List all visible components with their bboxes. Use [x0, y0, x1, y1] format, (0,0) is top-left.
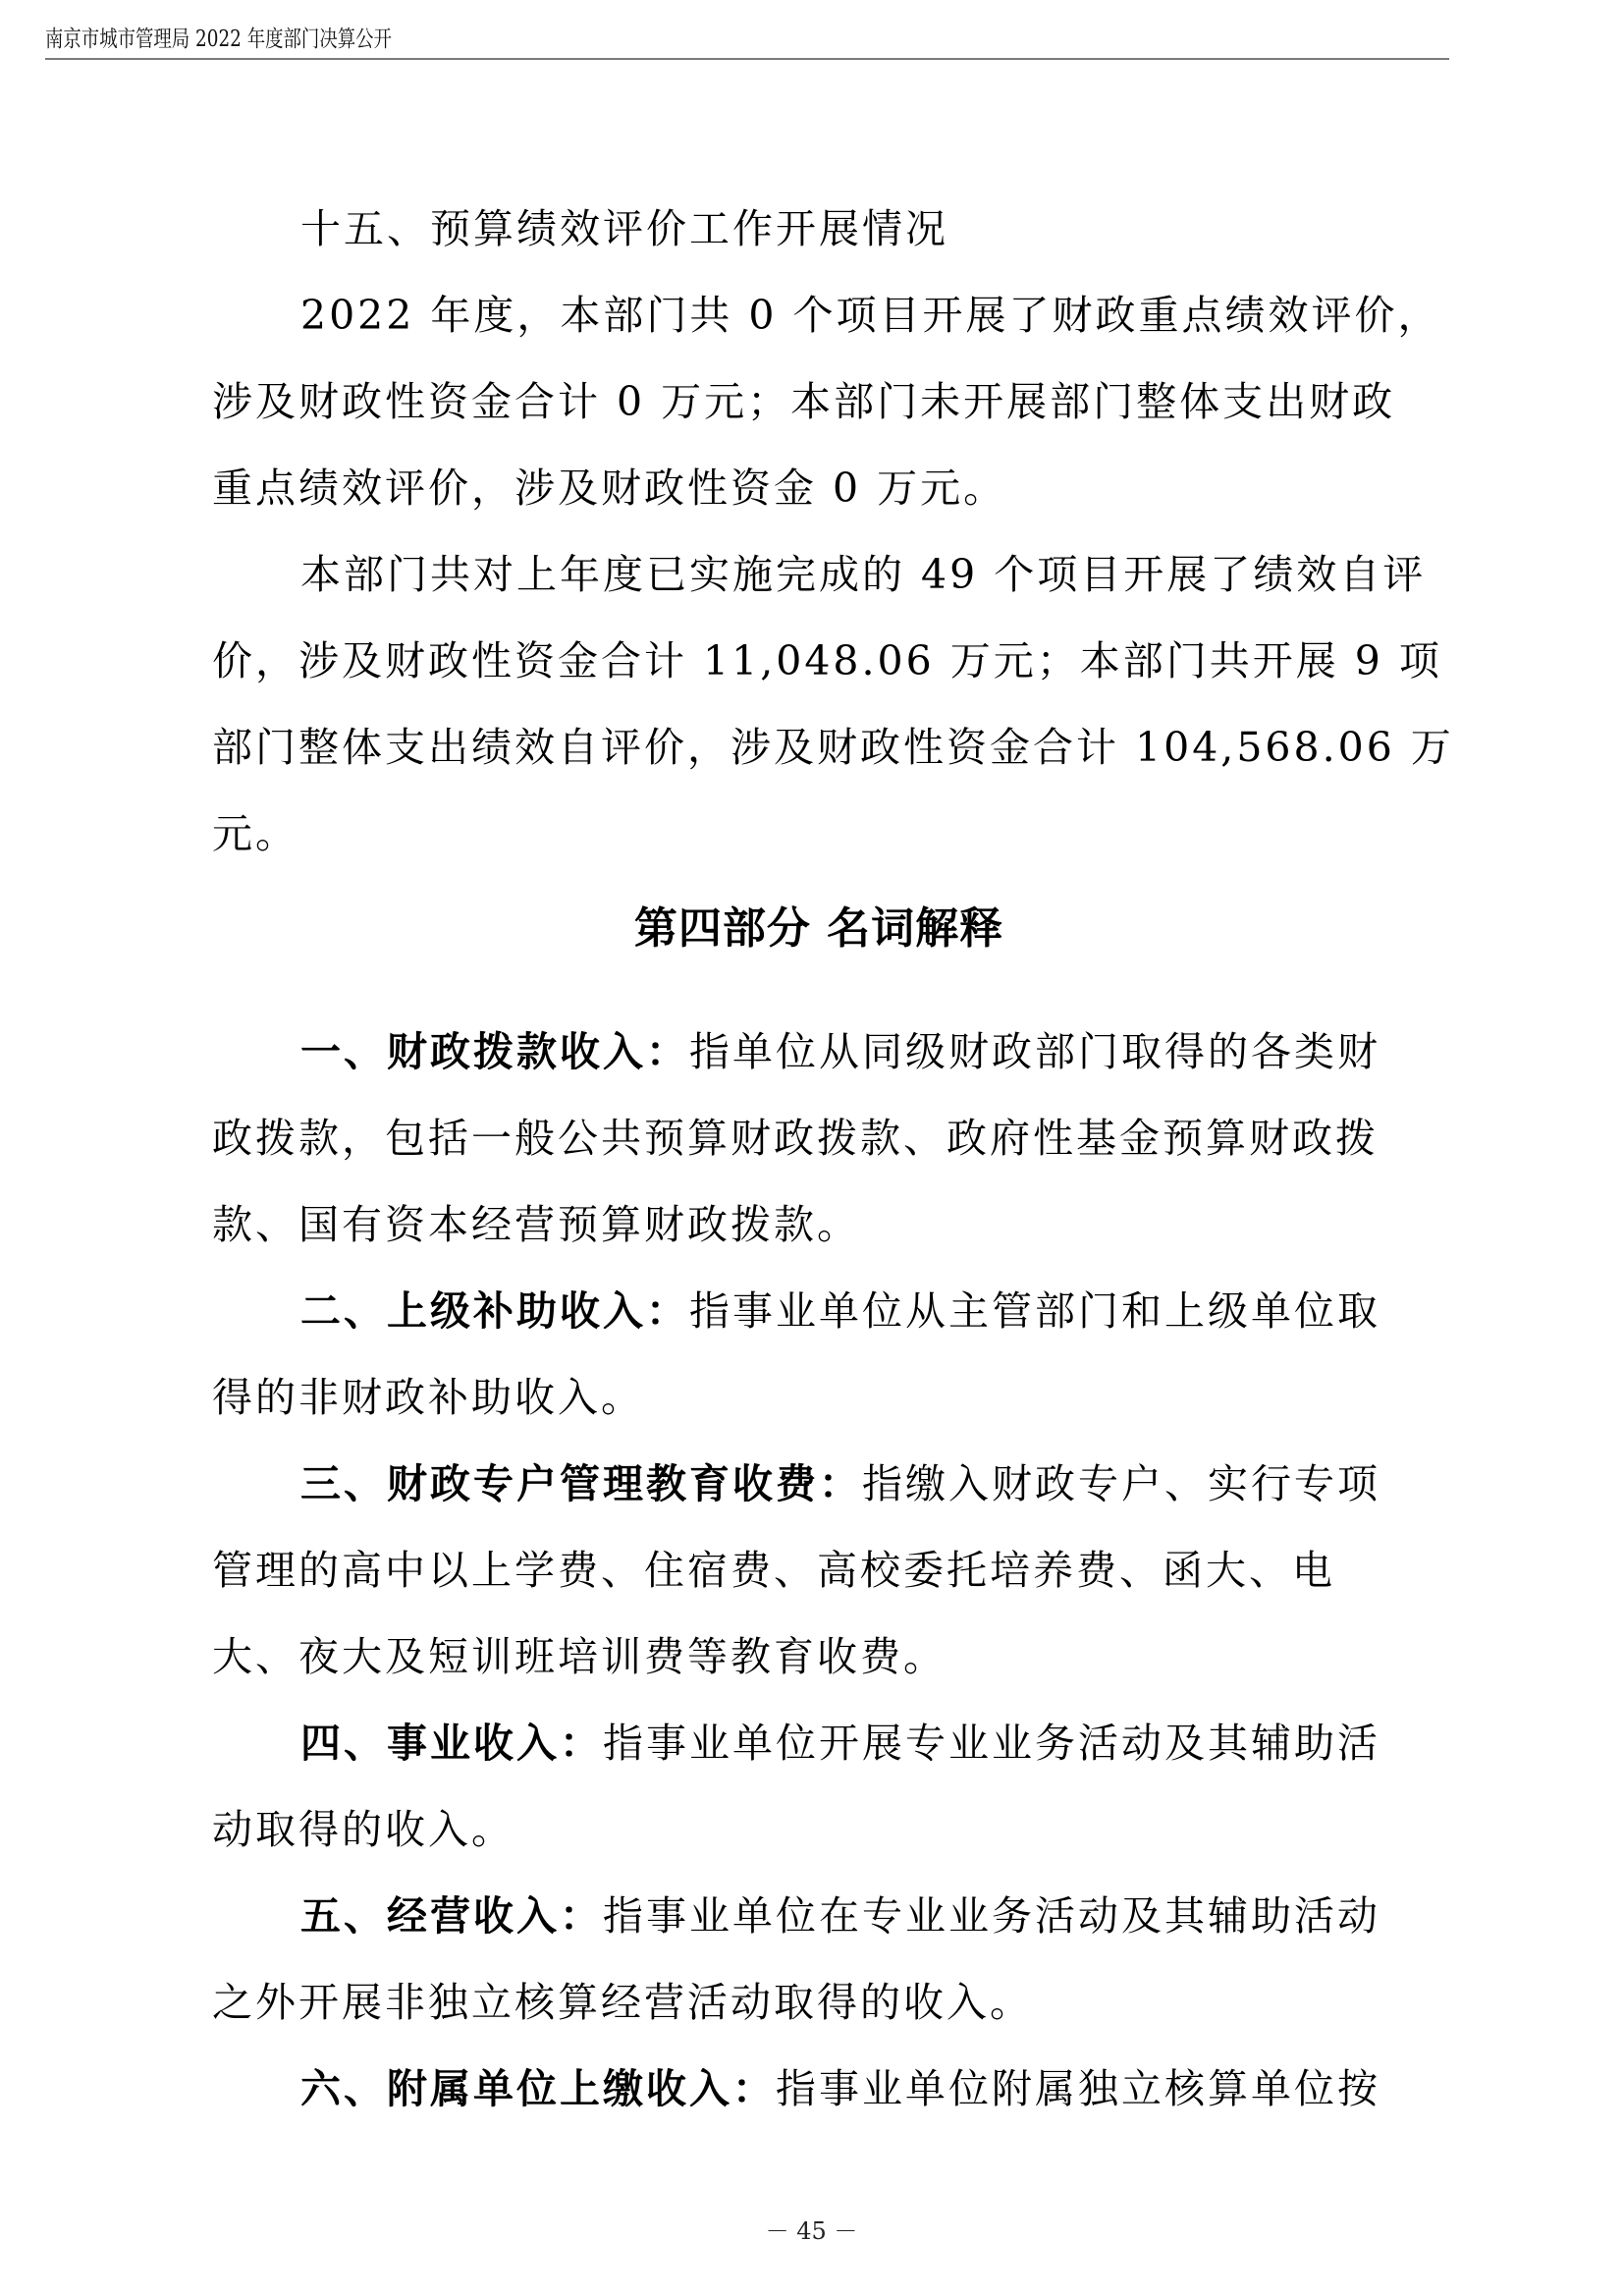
paragraph-line: 大、夜大及短训班培训费等教育收费。 — [212, 1632, 947, 1681]
paragraph-line: 涉及财政性资金合计 0 万元；本部门未开展部门整体支出财政 — [212, 377, 1395, 426]
paragraph-line: 部门整体支出绩效自评价，涉及财政性资金合计 104,568.06 万 — [212, 723, 1454, 772]
paragraph-line: 重点绩效评价，涉及财政性资金 0 万元。 — [212, 464, 1006, 513]
term-label: 五、经营收入： — [300, 1892, 603, 1940]
term-definition: 指缴入财政专户、实行专项 — [862, 1460, 1380, 1507]
page-header: 南京市城市管理局 2022 年度部门决算公开 — [45, 26, 1488, 53]
paragraph-line: 政拨款，包括一般公共预算财政拨款、政府性基金预算财政拨 — [212, 1114, 1379, 1163]
term-entry: 六、附属单位上缴收入：指事业单位附属独立核算单位按 — [300, 2064, 1380, 2113]
header-title: 南京市城市管理局 2022 年度部门决算公开 — [45, 26, 1200, 53]
term-label: 三、财政专户管理教育收费： — [300, 1460, 862, 1507]
part-title: 第四部分 名词解释 — [212, 902, 1426, 957]
paragraph-line: 动取得的收入。 — [212, 1805, 514, 1854]
paragraph-line: 管理的高中以上学费、住宿费、高校委托培养费、函大、电 — [212, 1546, 1335, 1595]
term-entry: 二、上级补助收入：指事业单位从主管部门和上级单位取 — [300, 1286, 1380, 1336]
paragraph-line: 之外开展非独立核算经营活动取得的收入。 — [212, 1978, 1033, 2027]
paragraph-line: 2022 年度，本部门共 0 个项目开展了财政重点绩效评价， — [300, 291, 1441, 340]
term-entry: 三、财政专户管理教育收费：指缴入财政专户、实行专项 — [300, 1459, 1380, 1508]
paragraph-line: 元。 — [212, 809, 298, 858]
paragraph-line: 得的非财政补助收入。 — [212, 1373, 644, 1422]
term-definition: 指事业单位开展专业业务活动及其辅助活 — [603, 1720, 1380, 1767]
paragraph-line: 款、国有资本经营预算财政拨款。 — [212, 1200, 860, 1249]
term-label: 一、财政拨款收入： — [300, 1028, 689, 1075]
section-heading: 十五、预算绩效评价工作开展情况 — [300, 204, 948, 253]
paragraph-line: 价，涉及财政性资金合计 11,048.06 万元；本部门共开展 9 项 — [212, 636, 1442, 685]
paragraph-line: 本部门共对上年度已实施完成的 49 个项目开展了绩效自评 — [300, 550, 1426, 599]
term-label: 四、事业收入： — [300, 1720, 603, 1767]
term-entry: 一、财政拨款收入：指单位从同级财政部门取得的各类财 — [300, 1027, 1380, 1076]
term-entry: 五、经营收入：指事业单位在专业业务活动及其辅助活动 — [300, 1891, 1380, 1941]
term-definition: 指事业单位从主管部门和上级单位取 — [689, 1287, 1380, 1335]
term-label: 二、上级补助收入： — [300, 1287, 689, 1335]
term-definition: 指事业单位附属独立核算单位按 — [776, 2065, 1380, 2112]
term-definition: 指单位从同级财政部门取得的各类财 — [689, 1028, 1380, 1075]
term-entry: 四、事业收入：指事业单位开展专业业务活动及其辅助活 — [300, 1719, 1380, 1768]
term-label: 六、附属单位上缴收入： — [300, 2065, 776, 2112]
term-definition: 指事业单位在专业业务活动及其辅助活动 — [603, 1892, 1380, 1940]
page-number: － 45 － — [0, 2212, 1623, 2246]
header-divider — [45, 58, 1449, 60]
